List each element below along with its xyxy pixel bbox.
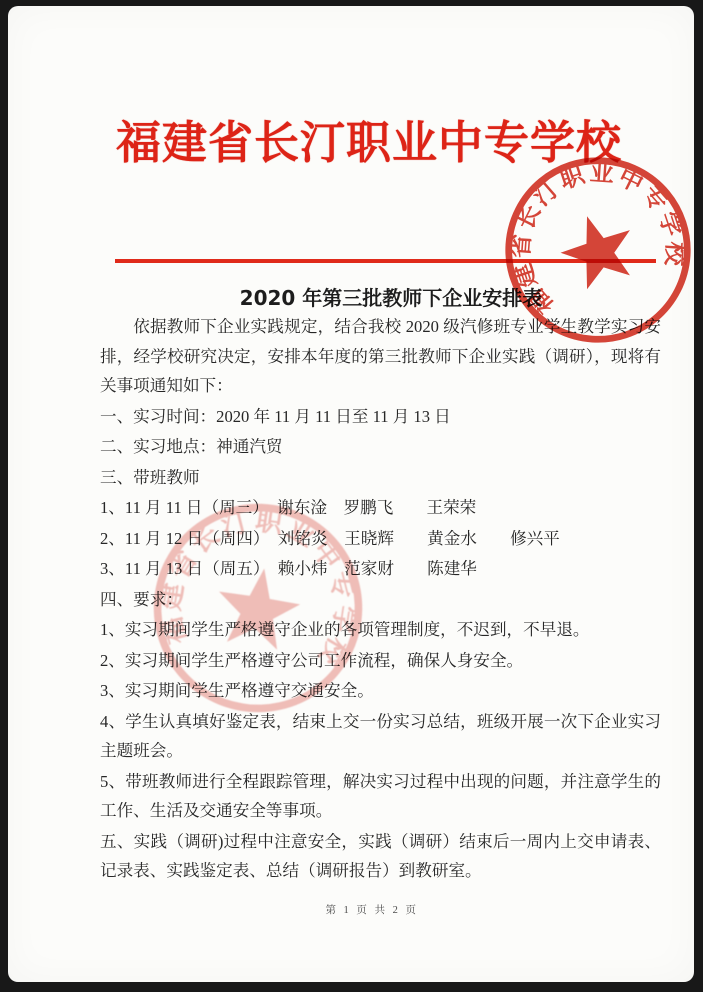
red-divider-line: [115, 259, 656, 263]
page-number-footer: 第 1 页 共 2 页: [8, 902, 694, 917]
body-line-teachers-day1: 1、11 月 11 日（周三） 谢东淦 罗鹏飞 王荣荣: [100, 493, 661, 523]
school-name-header: 福建省长汀职业中专学校: [8, 106, 694, 171]
body-line-requirement-5: 5、带班教师进行全程跟踪管理，解决实习过程中出现的问题，并注意学生的工作、生活及…: [100, 767, 661, 826]
body-line-section-5: 五、实践（调研)过程中注意安全，实践（调研）结束后一周内上交申请表、记录表、实践…: [100, 827, 661, 886]
document-title: 2020 年第三批教师下企业安排表: [8, 282, 694, 311]
document-page: 福建省长汀职业中专学校 2020 年第三批教师下企业安排表 依据教师下企业实践规…: [8, 6, 694, 982]
body-line-practice-place: 二、实习地点：神通汽贸: [100, 432, 661, 462]
document-body: 依据教师下企业实践规定，结合我校 2020 级汽修班专业学生教学实习安排，经学校…: [100, 312, 661, 887]
body-line-requirement-3: 3、实习期间学生严格遵守交通安全。: [100, 676, 661, 706]
intro-paragraph: 依据教师下企业实践规定，结合我校 2020 级汽修班专业学生教学实习安排，经学校…: [100, 312, 661, 401]
body-line-teachers-day3: 3、11 月 13 日（周五） 赖小炜 范家财 陈建华: [100, 554, 661, 584]
star-icon: [552, 205, 643, 294]
body-line-teachers-heading: 三、带班教师: [100, 463, 661, 493]
body-line-requirement-4: 4、学生认真填好鉴定表，结束上交一份实习总结，班级开展一次下企业实习主题班会。: [100, 707, 661, 766]
body-line-requirements-heading: 四、要求：: [100, 585, 661, 615]
body-line-requirement-2: 2、实习期间学生严格遵守公司工作流程，确保人身安全。: [100, 646, 661, 676]
body-line-teachers-day2: 2、11 月 12 日（周四） 刘铭炎 王晓辉 黄金水 修兴平: [100, 524, 661, 554]
body-line-requirement-1: 1、实习期间学生严格遵守企业的各项管理制度，不迟到，不早退。: [100, 615, 661, 645]
body-line-practice-time: 一、实习时间：2020 年 11 月 11 日至 11 月 13 日: [100, 402, 661, 432]
